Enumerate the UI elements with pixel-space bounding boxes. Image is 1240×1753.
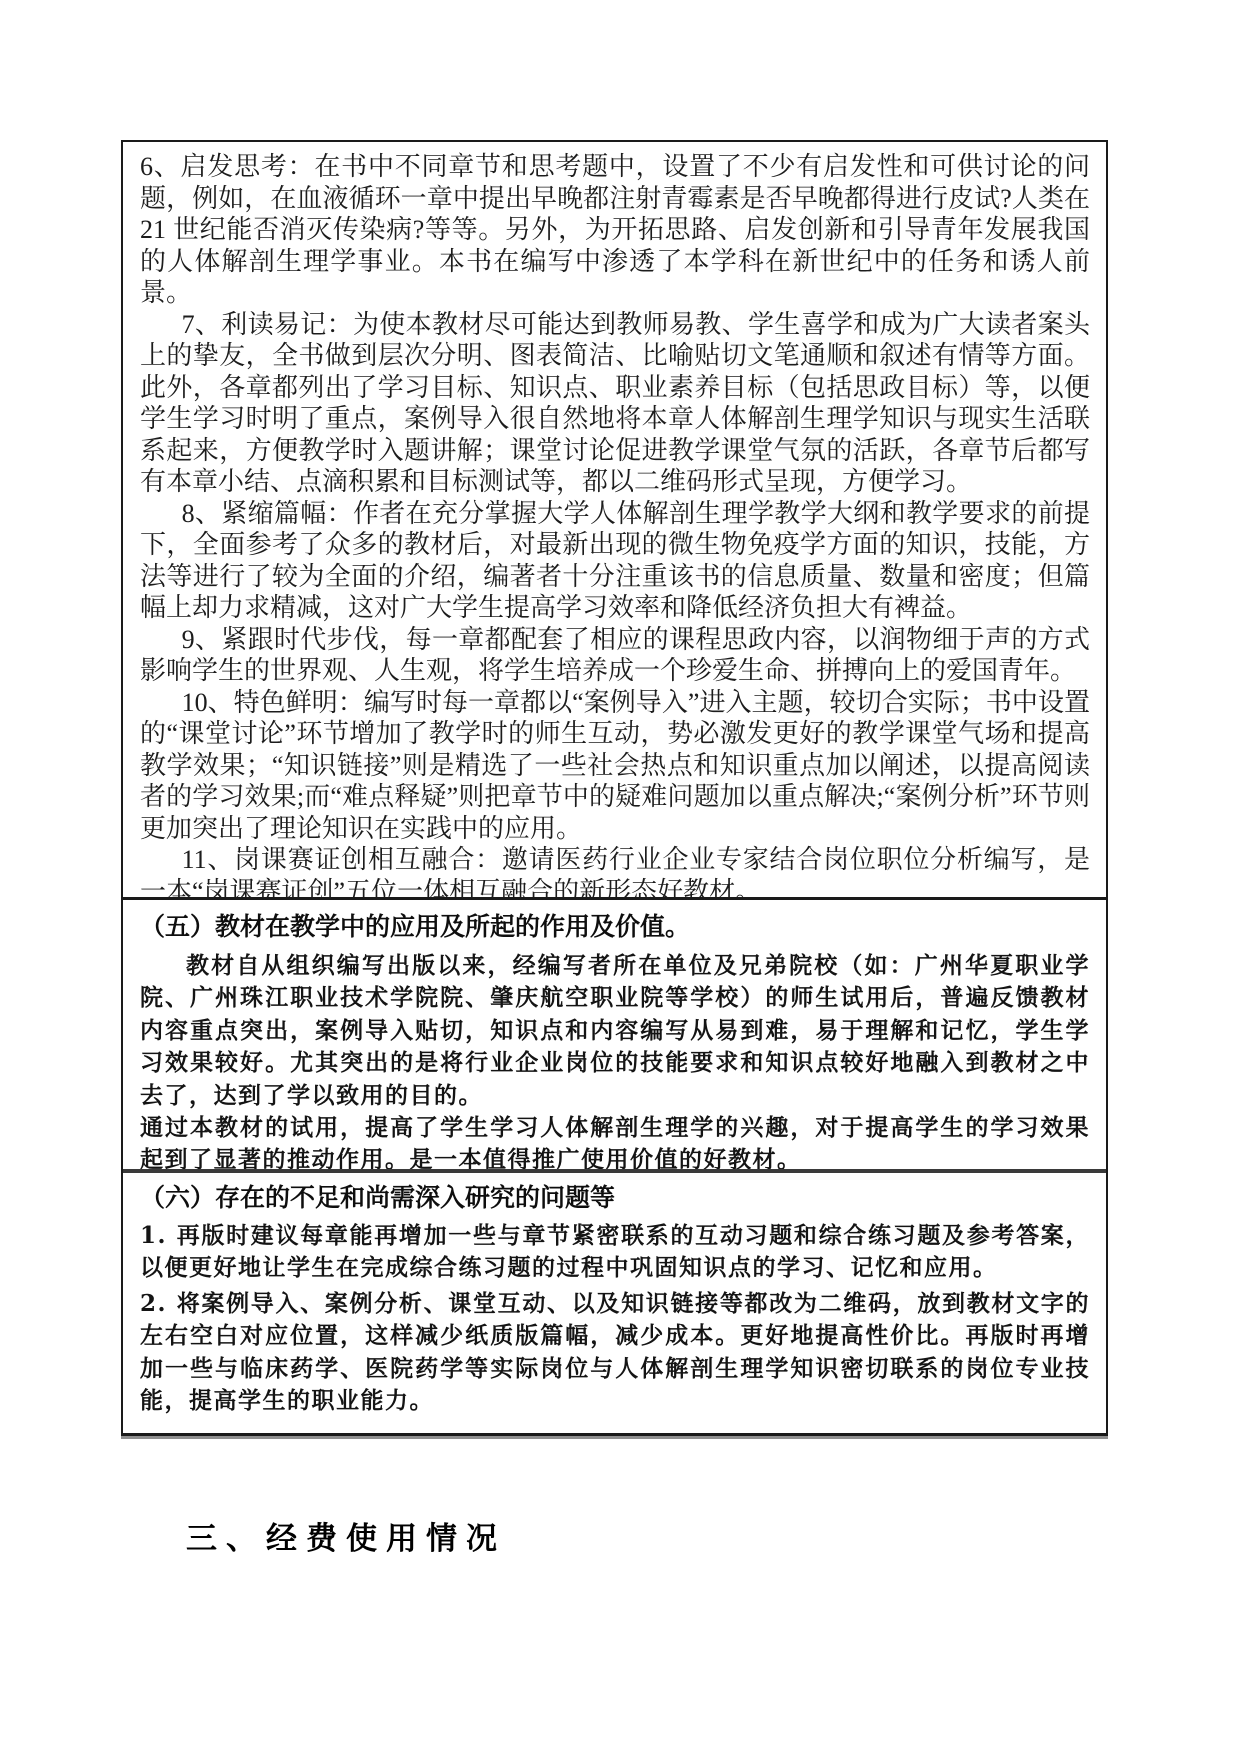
feature-paragraph-7: 7、利读易记：为使本教材尽可能达到教师易教、学生喜学和成为广大读者案头上的挚友，… — [140, 309, 1090, 498]
application-section: （五）教材在教学中的应用及所起的作用及价值。 教材自从组织编写出版以来，经编写者… — [123, 897, 1106, 1169]
feature-paragraph-8: 8、紧缩篇幅：作者在充分掌握大学人体解剖生理学教学大纲和教学要求的前提下，全面参… — [140, 498, 1090, 624]
issues-item-2: 2. 将案例导入、案例分析、课堂互动、以及知识链接等都改为二维码，放到教材文字的… — [140, 1288, 1090, 1418]
feature-paragraph-6: 6、启发思考：在书中不同章节和思考题中，设置了不少有启发性和可供讨论的问题，例如… — [140, 151, 1090, 309]
issues-section: （六）存在的不足和尚需深入研究的问题等 1. 再版时建议每章能再增加一些与章节紧… — [123, 1169, 1106, 1433]
application-section-heading: （五）教材在教学中的应用及所起的作用及价值。 — [140, 908, 1090, 946]
features-section: 6、启发思考：在书中不同章节和思考题中，设置了不少有启发性和可供讨论的问题，例如… — [123, 142, 1106, 897]
application-paragraph-2: 通过本教材的试用，提高了学生学习人体解剖生理学的兴趣，对于提高学生的学习效果起到… — [140, 1112, 1090, 1169]
feature-paragraph-10: 10、特色鲜明：编写时每一章都以“案例导入”进入主题，较切合实际；书中设置的“课… — [140, 687, 1090, 845]
issues-section-heading: （六）存在的不足和尚需深入研究的问题等 — [140, 1179, 1090, 1217]
issues-item-1: 1. 再版时建议每章能再增加一些与章节紧密联系的互动习题和综合练习题及参考答案，… — [140, 1220, 1090, 1285]
feature-paragraph-11: 11、岗课赛证创相互融合：邀请医药行业企业专家结合岗位职位分析编写，是一本“岗课… — [140, 844, 1090, 897]
application-paragraph-1: 教材自从组织编写出版以来，经编写者所在单位及兄弟院校（如：广州华夏职业学院、广州… — [140, 950, 1090, 1112]
document-page: 6、启发思考：在书中不同章节和思考题中，设置了不少有启发性和可供讨论的问题，例如… — [0, 0, 1240, 1753]
feature-paragraph-9: 9、紧跟时代步伐，每一章都配套了相应的课程思政内容，以润物细于声的方式影响学生的… — [140, 624, 1090, 687]
funding-usage-heading: 三、经费使用情况 — [186, 1513, 506, 1558]
textbook-evaluation-table: 6、启发思考：在书中不同章节和思考题中，设置了不少有启发性和可供讨论的问题，例如… — [121, 140, 1108, 1436]
